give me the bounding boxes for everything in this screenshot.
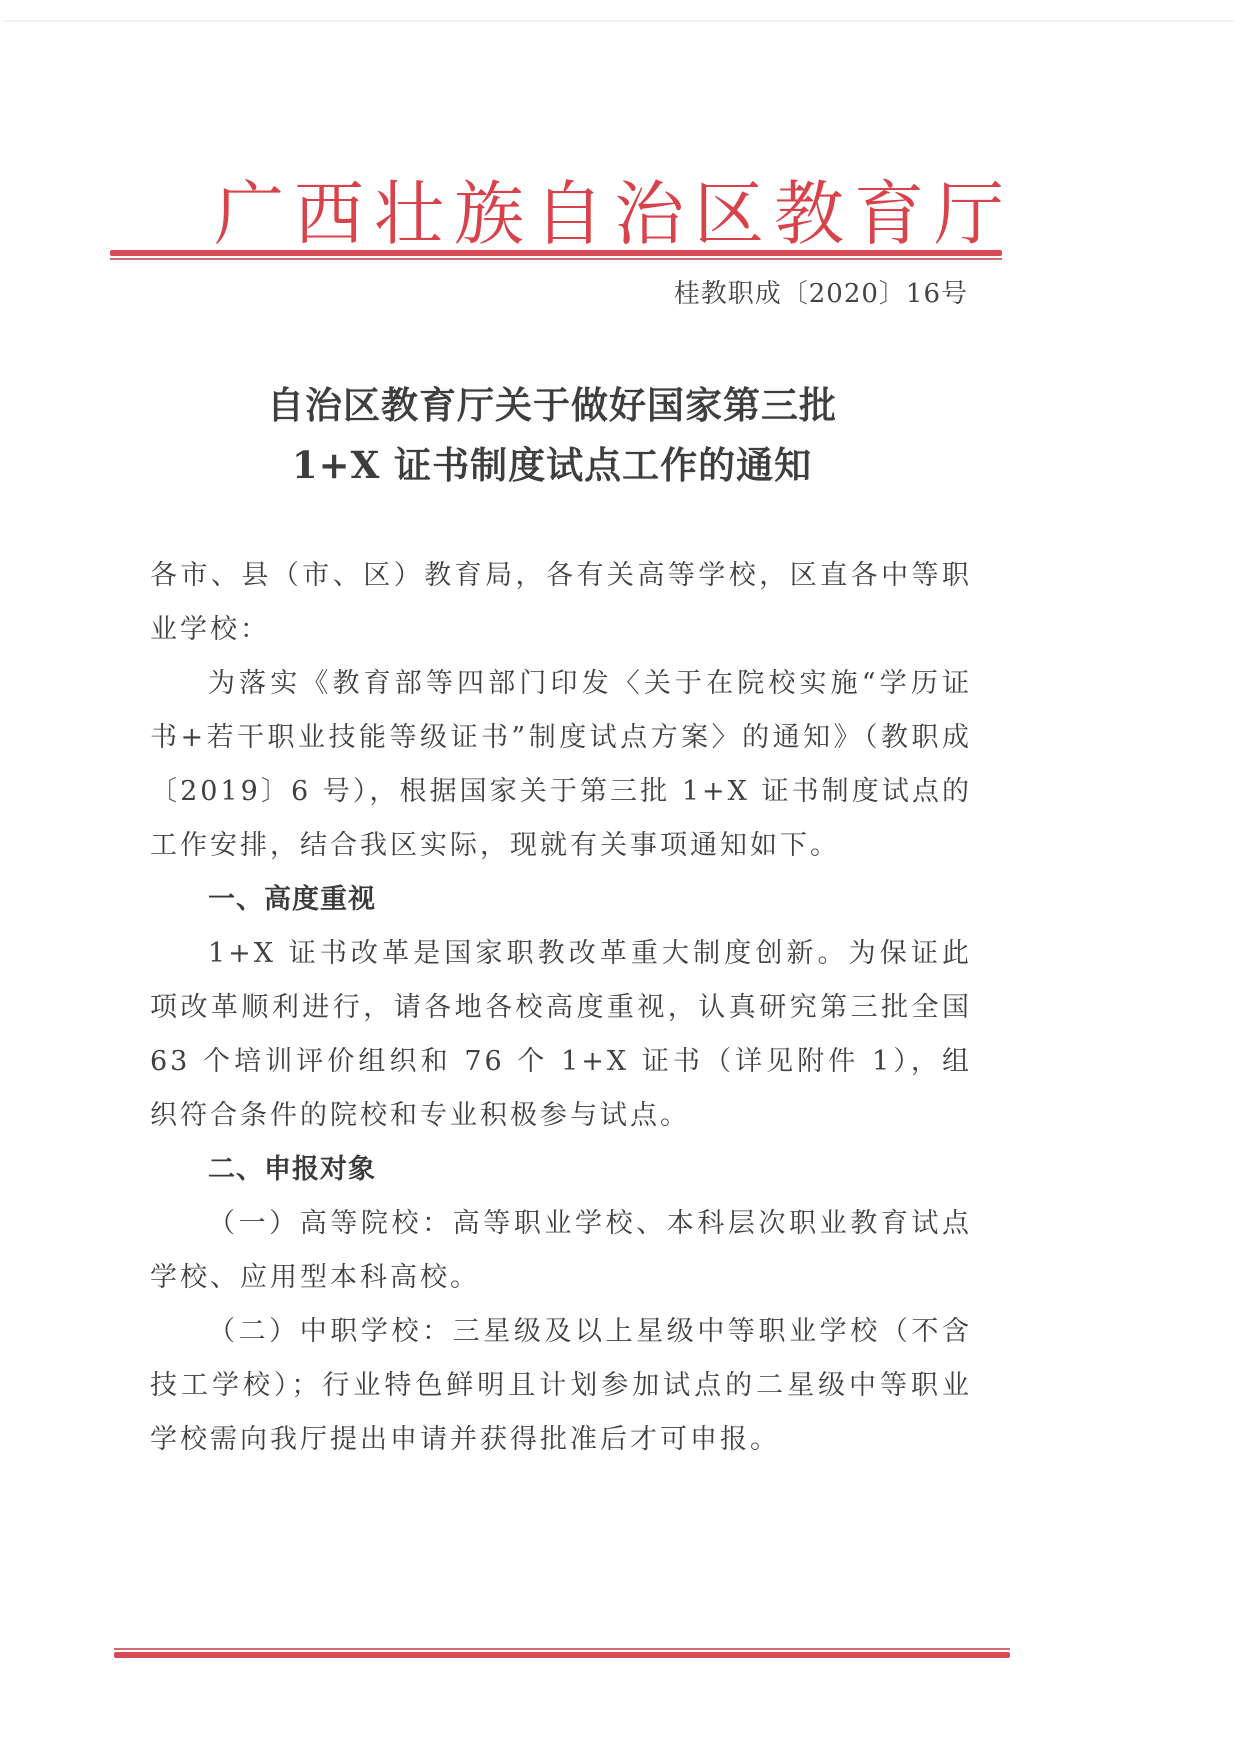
section-2-paragraph-2: （二）中职学校：三星级及以上星级中等职业学校（不含技工学校）；行业特色鲜明且计划…: [150, 1305, 972, 1467]
document-number: 桂教职成〔2020〕16号: [674, 276, 968, 312]
footer-red-rule: [114, 1648, 1010, 1658]
section-heading-2: 二、申报对象: [150, 1143, 972, 1197]
scan-edge-artifact: [4, 20, 1234, 22]
document-body: 各市、县（市、区）教育局，各有关高等学校，区直各中等职业学校： 为落实《教育部等…: [150, 549, 972, 1467]
rule-thin-line: [110, 258, 1002, 260]
addressee: 各市、县（市、区）教育局，各有关高等学校，区直各中等职业学校：: [150, 549, 972, 657]
document-title-line-1: 自治区教育厅关于做好国家第三批: [0, 380, 1172, 430]
document-title-line-2: 1+X 证书制度试点工作的通知: [0, 440, 1172, 490]
intro-paragraph: 为落实《教育部等四部门印发〈关于在院校实施“学历证书+若干职业技能等级证书”制度…: [150, 657, 972, 873]
letterhead: 广西壮族自治区教育厅: [0, 172, 1240, 256]
section-heading-1: 一、高度重视: [150, 873, 972, 927]
letterhead-red-rule: [110, 250, 1002, 260]
rule-thick-line: [114, 1652, 1010, 1658]
issuer-name: 广西壮族自治区教育厅: [214, 172, 1014, 256]
section-1-paragraph: 1+X 证书改革是国家职教改革重大制度创新。为保证此项改革顺利进行，请各地各校高…: [150, 927, 972, 1143]
section-2-paragraph-1: （一）高等院校：高等职业学校、本科层次职业教育试点学校、应用型本科高校。: [150, 1197, 972, 1305]
